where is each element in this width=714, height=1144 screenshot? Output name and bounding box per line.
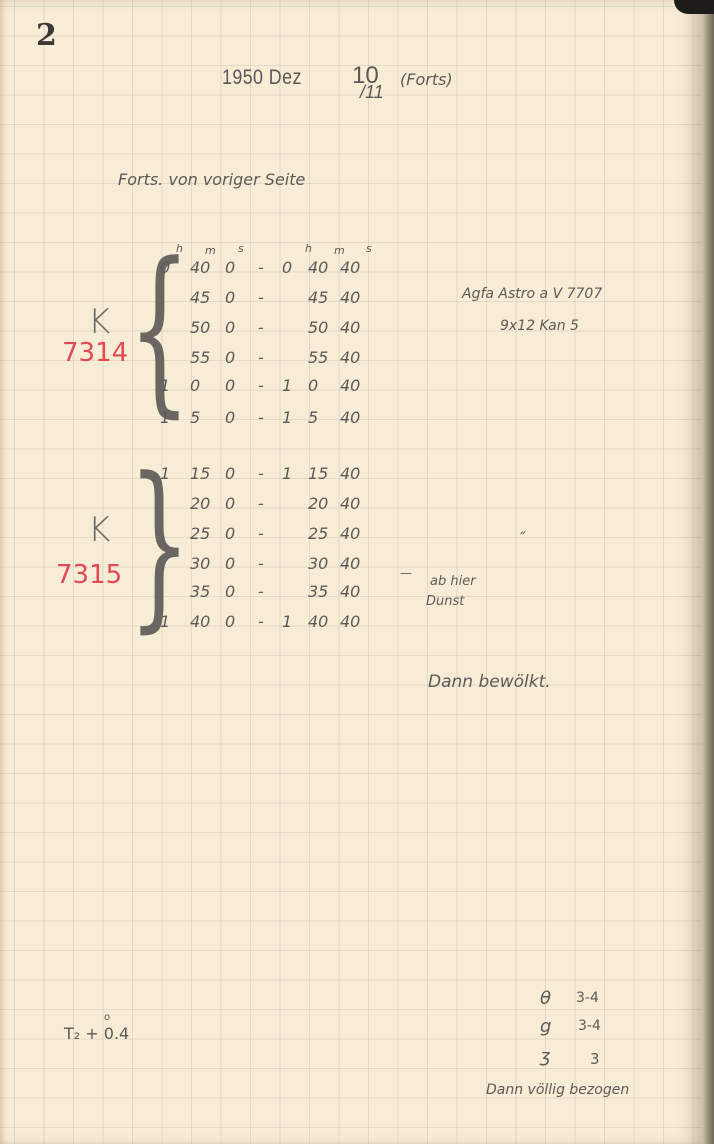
- plate-number: 7315: [56, 560, 122, 590]
- exposure-row: 1400-14040: [160, 612, 390, 640]
- block-label: K: [88, 510, 110, 550]
- cloud-remark: Dann bewölkt.: [428, 672, 551, 692]
- exposure-row: 100-1040: [160, 376, 390, 404]
- unit-h2: h: [305, 242, 312, 255]
- closing-remark: Dann völlig bezogen: [486, 1082, 629, 1098]
- haze-note-line2: Dunst: [426, 594, 464, 609]
- plate-number: 7314: [62, 338, 128, 368]
- exposure-row: 1150-11540: [160, 464, 390, 492]
- date-stamp: 1950 Dez: [222, 66, 302, 90]
- exposure-row: 500-5040: [160, 318, 390, 346]
- book-binding: [702, 0, 714, 1144]
- unit-s: s: [238, 242, 244, 255]
- exposure-row: 200-2040: [160, 494, 390, 522]
- exposure-row: 250-2540: [160, 524, 390, 552]
- block-label: K: [88, 302, 110, 342]
- exposure-row: 450-4540: [160, 288, 390, 316]
- exposure-row: 300-3040: [160, 554, 390, 582]
- date-note: (Forts): [400, 70, 453, 89]
- temperature-note: T₂ + 0.4: [64, 1024, 129, 1043]
- notebook-page: 2 1950 Dez 10 /11 (Forts) Forts. von vor…: [0, 0, 702, 1144]
- haze-note-line1: ab hier: [430, 574, 476, 589]
- continuation-note: Forts. von voriger Seite: [118, 170, 305, 189]
- ditto-mark: ″: [520, 528, 526, 547]
- exposure-row: 550-5540: [160, 348, 390, 376]
- unit-s2: s: [366, 242, 372, 255]
- degree-mark: o: [104, 1012, 110, 1023]
- date-day-sub: /11: [360, 82, 384, 103]
- plate-note-line2: 9x12 Kan 5: [500, 318, 579, 334]
- exposure-row: 350-3540: [160, 582, 390, 610]
- page-number: 2: [36, 18, 57, 53]
- exposure-row: 150-1540: [160, 408, 390, 436]
- unit-m: m: [205, 244, 216, 257]
- note-dash: —: [400, 566, 412, 580]
- book-cover-edge: [674, 0, 714, 14]
- unit-m2: m: [334, 244, 345, 257]
- plate-note-line1: Agfa Astro a V 7707: [462, 286, 602, 302]
- exposure-row: 0400-04040: [160, 258, 390, 286]
